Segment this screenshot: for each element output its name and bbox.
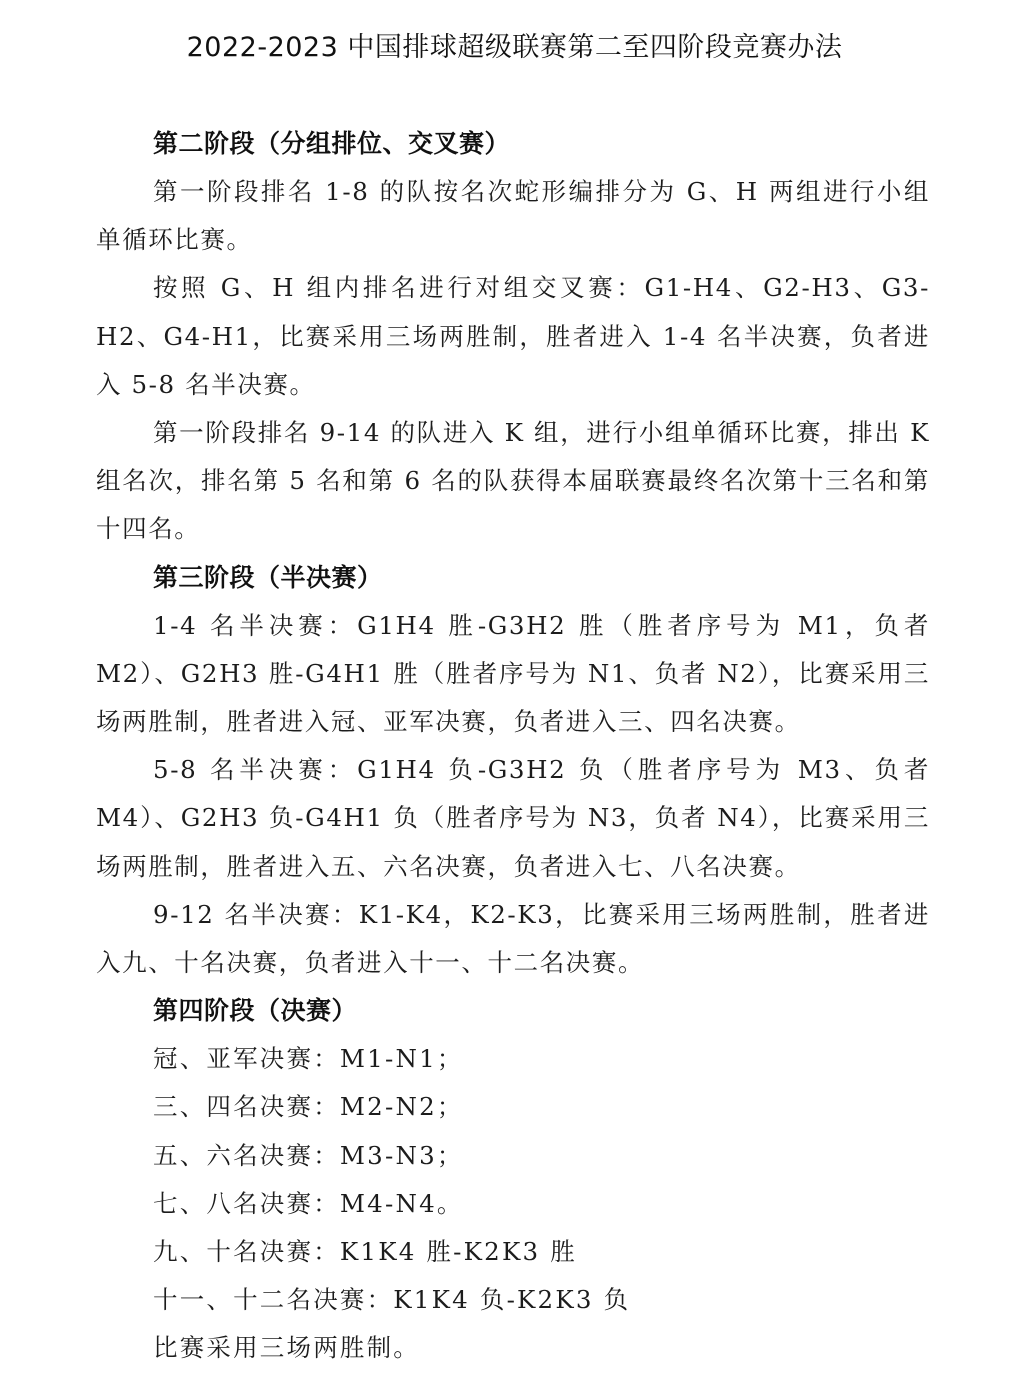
document-body: 第二阶段（分组排位、交叉赛） 第一阶段排名 1-8 的队按名次蛇形编排分为 G、…	[96, 120, 930, 1373]
paragraph-stage-two-grouping: 第一阶段排名 1-8 的队按名次蛇形编排分为 G、H 两组进行小组单循环比赛。	[96, 168, 930, 264]
final-line-9-10: 九、十名决赛：K1K4 胜-K2K3 胜	[96, 1228, 930, 1276]
section-heading-stage-two: 第二阶段（分组排位、交叉赛）	[96, 120, 930, 168]
paragraph-stage-two-group-k: 第一阶段排名 9-14 的队进入 K 组，进行小组单循环比赛，排出 K 组名次，…	[96, 409, 930, 554]
paragraph-semifinal-9-12: 9-12 名半决赛：K1-K4，K2-K3，比赛采用三场两胜制，胜者进入九、十名…	[96, 891, 930, 987]
section-heading-stage-four: 第四阶段（决赛）	[96, 987, 930, 1035]
document-title: 2022-2023 中国排球超级联赛第二至四阶段竞赛办法	[0, 26, 1029, 70]
final-line-champion: 冠、亚军决赛：M1-N1；	[96, 1035, 930, 1083]
final-line-5-6: 五、六名决赛：M3-N3；	[96, 1132, 930, 1180]
final-line-3-4: 三、四名决赛：M2-N2；	[96, 1083, 930, 1131]
final-line-7-8: 七、八名决赛：M4-N4。	[96, 1180, 930, 1228]
section-heading-stage-three: 第三阶段（半决赛）	[96, 554, 930, 602]
paragraph-semifinal-5-8: 5-8 名半决赛：G1H4 负-G3H2 负（胜者序号为 M3、负者 M4）、G…	[96, 746, 930, 891]
document-page: 2022-2023 中国排球超级联赛第二至四阶段竞赛办法 第二阶段（分组排位、交…	[0, 0, 1029, 1392]
final-line-11-12: 十一、十二名决赛：K1K4 负-K2K3 负	[96, 1276, 930, 1324]
paragraph-stage-two-cross-matches: 按照 G、H 组内排名进行对组交叉赛：G1-H4、G2-H3、G3-H2、G4-…	[96, 264, 930, 409]
paragraph-semifinal-1-4: 1-4 名半决赛：G1H4 胜-G3H2 胜（胜者序号为 M1，负者 M2）、G…	[96, 602, 930, 747]
final-format-note: 比赛采用三场两胜制。	[96, 1324, 930, 1372]
